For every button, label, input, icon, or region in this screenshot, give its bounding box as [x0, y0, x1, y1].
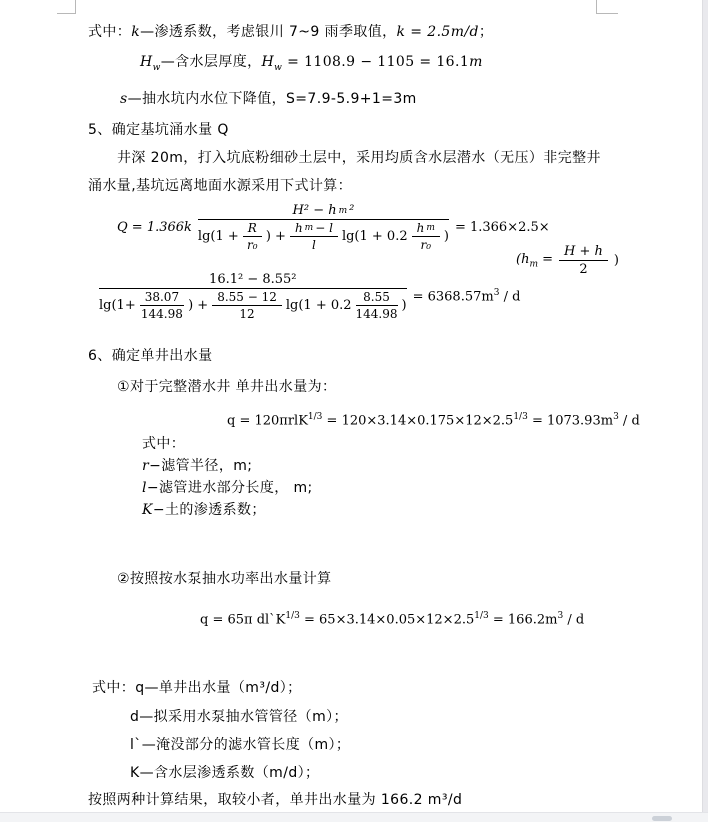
- math-run: / d: [619, 413, 640, 428]
- fraction-denominator: lg(1 + R r₀ ) + hm − l l lg(1 + 0.2 hm r…: [198, 220, 449, 252]
- legend2-d: d—拟采用水泵抽水管管径（m）；: [130, 708, 348, 726]
- equation-rhs: = 1.366×2.5×: [455, 220, 550, 235]
- math-run: lg(1 +: [198, 229, 239, 244]
- math-sub-w: w: [153, 63, 161, 73]
- fraction-main: H² − hm² lg(1 + R r₀ ) + hm − l l lg(1 +…: [198, 203, 449, 252]
- legend1-K: K−土的渗透系数；: [142, 501, 266, 519]
- equation-q1: q = 120πrlK1/3 = 120×3.14×0.175×12×2.51/…: [227, 412, 640, 428]
- text-run: ；: [479, 24, 493, 40]
- math-run: = 1073.93m: [528, 413, 613, 428]
- math-calc: S=7.9-5.9+1=3m: [286, 91, 417, 107]
- math-calc: = 1108.9 − 1105 = 16.1: [282, 54, 469, 70]
- math-var-s: s: [120, 91, 128, 107]
- legend1-l: l−滤管进水部分长度， m;: [142, 479, 313, 497]
- fraction-numerator: hm: [412, 221, 440, 237]
- margin-mark-topright-vertical: [596, 0, 597, 14]
- math-run: h: [417, 221, 425, 235]
- fraction-R-r0: R r₀: [243, 221, 262, 252]
- formula-note-k: 式中：k—渗透系数，考虑银川 7~9 雨季取值，k = 2.5m/d；: [88, 23, 493, 41]
- math-run: q = 65π dl`K1/3 = 65×3.14×0.05×12×2.51/3…: [200, 611, 584, 627]
- section-5-paragraph-line-1: 井深 20m，打入坑底粉细砂土层中，采用均质含水层潜水（无压）非完整井: [117, 149, 601, 167]
- text-run: −土的渗透系数；: [153, 502, 266, 518]
- math-sub-m: m: [305, 223, 314, 233]
- fraction-855-144: 8.55 144.98: [356, 290, 398, 321]
- math-run: / d: [563, 612, 584, 627]
- math-run: q = 120πrlK1/3 = 120×3.14×0.175×12×2.51/…: [227, 412, 640, 428]
- horizontal-scrollbar-thumb[interactable]: [652, 816, 672, 821]
- math-run: / d: [499, 290, 520, 305]
- math-run: lg(1+: [99, 298, 136, 313]
- text-run: −滤管进水部分长度， m;: [147, 480, 313, 496]
- conclusion-line: 按照两种计算结果，取较小者，单井出水量为 166.2 m³/d: [88, 791, 462, 809]
- math-run: h: [295, 221, 303, 235]
- math-run: (h: [516, 252, 529, 267]
- section-5-heading: 5、确定基坑涌水量 Q: [88, 121, 229, 139]
- text-run: —渗透系数，考虑银川 7~9 雨季取值，: [140, 24, 396, 40]
- math-var-H: H: [262, 54, 275, 70]
- text-run: 式中：: [88, 24, 131, 40]
- fraction-denominator: 144.98: [141, 306, 183, 321]
- text-run: −滤管半径，m;: [149, 458, 252, 474]
- fraction-denominator: 12: [239, 306, 254, 321]
- math-run: lg(1 + 0.2: [286, 298, 352, 313]
- margin-mark-topleft-vertical: [75, 0, 76, 14]
- equation-q2: q = 65π dl`K1/3 = 65×3.14×0.05×12×2.51/3…: [200, 611, 584, 627]
- text-run: —含水层厚度，: [161, 54, 262, 70]
- math-run: = 6368.57m: [413, 290, 494, 305]
- horizontal-scrollbar-track[interactable]: [0, 812, 708, 822]
- math-exponent: 1/3: [308, 412, 322, 422]
- math-var-R: R: [243, 221, 262, 237]
- math-var-K: K: [142, 502, 153, 518]
- math-run: = 166.2m: [489, 612, 558, 627]
- math-run: ²: [349, 203, 354, 218]
- math-exponent: 1/3: [474, 611, 488, 621]
- math-sub-m: m: [339, 206, 348, 216]
- document-page: 式中：k—渗透系数，考虑银川 7~9 雨季取值，k = 2.5m/d； Hw—含…: [0, 0, 708, 822]
- equation-q-main: Q = 1.366k H² − hm² lg(1 + R r₀ ) + hm −…: [117, 203, 550, 252]
- text-run: —抽水坑内水位下降值，: [128, 91, 286, 107]
- math-sub-m: m: [529, 259, 538, 269]
- math-unit-m: m: [469, 54, 483, 70]
- item-1-heading: ①对于完整潜水井 单井出水量为：: [117, 378, 336, 396]
- fraction-numerator: H + h: [559, 244, 608, 261]
- fraction-numerator: H² − hm²: [198, 203, 449, 220]
- vertical-scrollbar-track[interactable]: [702, 0, 708, 812]
- section-5-paragraph-line-2: 涌水量,基坑远离地面水源采用下式计算：: [88, 177, 352, 195]
- margin-mark-topright-horizontal: [596, 13, 618, 14]
- math-run: ) +: [266, 229, 286, 244]
- fraction-hm-r0: hm r₀: [412, 221, 440, 252]
- math-run: = 65×3.14×0.05×12×2.5: [300, 612, 474, 627]
- math-var-l: l: [312, 237, 316, 252]
- margin-mark-topleft-horizontal: [57, 13, 76, 14]
- section-6-heading: 6、确定单井出水量: [88, 347, 213, 365]
- math-run: ) +: [188, 298, 208, 313]
- fraction-main: 16.1² − 8.55² lg(1+ 38.07 144.98 ) + 8.5…: [99, 272, 407, 321]
- item-2-heading: ②按照按水泵抽水功率出水量计算: [117, 570, 332, 588]
- math-var-k: k: [131, 24, 140, 40]
- fraction-numerator: 8.55 − 12: [212, 290, 282, 306]
- legend1-r: r−滤管半径，m;: [142, 457, 252, 475]
- math-exponent: 1/3: [285, 611, 299, 621]
- fraction-38-144: 38.07 144.98: [140, 290, 184, 321]
- fraction-855-12: 8.55 − 12 12: [212, 290, 282, 321]
- math-run: q = 65π dl`K: [200, 612, 285, 627]
- fraction-denominator: 144.98: [356, 306, 398, 321]
- math-run: ): [402, 298, 407, 313]
- math-run: q = 120πrlK: [227, 413, 308, 428]
- fraction-numerator: hm − l: [290, 221, 338, 237]
- math-run: = 120×3.14×0.175×12×2.5: [322, 413, 513, 428]
- math-exponent: 1/3: [513, 412, 527, 422]
- fraction-denominator: lg(1+ 38.07 144.98 ) + 8.55 − 12 12 lg(1…: [99, 289, 407, 321]
- math-run: H² − h: [293, 203, 337, 218]
- math-run: ): [444, 229, 449, 244]
- fraction-numerator: 38.07: [140, 290, 184, 306]
- math-sub-m: m: [426, 223, 435, 233]
- equation-result: = 6368.57m3 / d: [413, 288, 521, 304]
- legend2-K: K—含水层渗透系数（m/d）；: [130, 764, 319, 782]
- fraction-denominator: 2: [579, 261, 587, 277]
- math-k-value: k = 2.5m/d: [397, 24, 479, 40]
- fraction-H-plus-h: H + h 2: [559, 244, 608, 277]
- equation-q-calculation: 16.1² − 8.55² lg(1+ 38.07 144.98 ) + 8.5…: [97, 272, 520, 321]
- equation-lhs: Q = 1.366k: [117, 220, 192, 235]
- formula-note-hw: Hw—含水层厚度，Hw = 1108.9 − 1105 = 16.1m: [140, 53, 483, 77]
- math-run: =: [538, 252, 553, 267]
- formula-note-s: s—抽水坑内水位下降值，S=7.9-5.9+1=3m: [120, 90, 417, 108]
- legend2-q: 式中：q—单井出水量（m³/d）；: [92, 679, 302, 697]
- math-run: (hm =: [516, 252, 553, 270]
- math-var-H: H: [140, 54, 153, 70]
- equation-hm-note: (hm = H + h 2 ): [516, 244, 619, 277]
- math-var-r0: r₀: [247, 237, 258, 252]
- fraction-numerator: 16.1² − 8.55²: [99, 272, 407, 289]
- fraction-numerator: 8.55: [356, 290, 398, 306]
- math-run: ): [614, 253, 619, 268]
- math-run: lg(1 + 0.2: [342, 229, 408, 244]
- math-run: − l: [315, 221, 333, 235]
- legend2-l: l`—淹没部分的滤水管长度（m）；: [130, 736, 350, 754]
- legend1-header: 式中：: [142, 435, 185, 453]
- math-var-r0: r₀: [420, 237, 431, 252]
- fraction-hm-l: hm − l l: [290, 221, 338, 252]
